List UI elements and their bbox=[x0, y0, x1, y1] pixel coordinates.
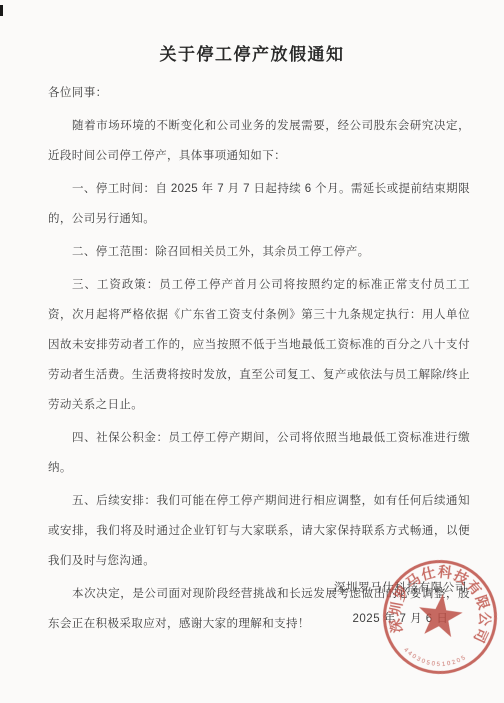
seal-serial-number: 4403050510205 bbox=[401, 647, 469, 672]
notice-paragraph: 三、工资政策：员工停工停产首月公司将按照约定的标准正常支付员工工资，次月起将严格… bbox=[48, 270, 470, 420]
signature-block: 深圳罗马仕科技有限公司 2025 年 7 月 6 日 bbox=[334, 579, 467, 626]
notice-paragraph: 二、停工范围：除召回相关员工外，其余员工停工停产。 bbox=[48, 237, 470, 267]
signature-company: 深圳罗马仕科技有限公司 bbox=[334, 579, 467, 595]
page-title: 关于停工停产放假通知 bbox=[0, 0, 504, 65]
notice-paragraph: 四、社保公积金：员工停工停产期间，公司将依照当地最低工资标准进行缴纳。 bbox=[48, 423, 470, 483]
salutation: 各位同事： bbox=[48, 78, 470, 108]
notice-paragraph: 随着市场环境的不断变化和公司业务的发展需要，经公司股东会研究决定，近段时间公司停… bbox=[48, 111, 470, 171]
notice-document: 关于停工停产放假通知 各位同事： 随着市场环境的不断变化和公司业务的发展需要，经… bbox=[0, 0, 504, 703]
notice-paragraph: 一、停工时间：自 2025 年 7 月 7 日起持续 6 个月。需延长或提前结束… bbox=[48, 174, 470, 234]
signature-date: 2025 年 7 月 6 日 bbox=[334, 610, 467, 626]
notice-body: 各位同事： 随着市场环境的不断变化和公司业务的发展需要，经公司股东会研究决定，近… bbox=[0, 65, 504, 639]
notice-paragraph: 五、后续安排：我们可能在停工停产期间进行相应调整，如有任何后续通知或安排，我们将… bbox=[48, 486, 470, 576]
scan-artifact bbox=[0, 5, 3, 16]
